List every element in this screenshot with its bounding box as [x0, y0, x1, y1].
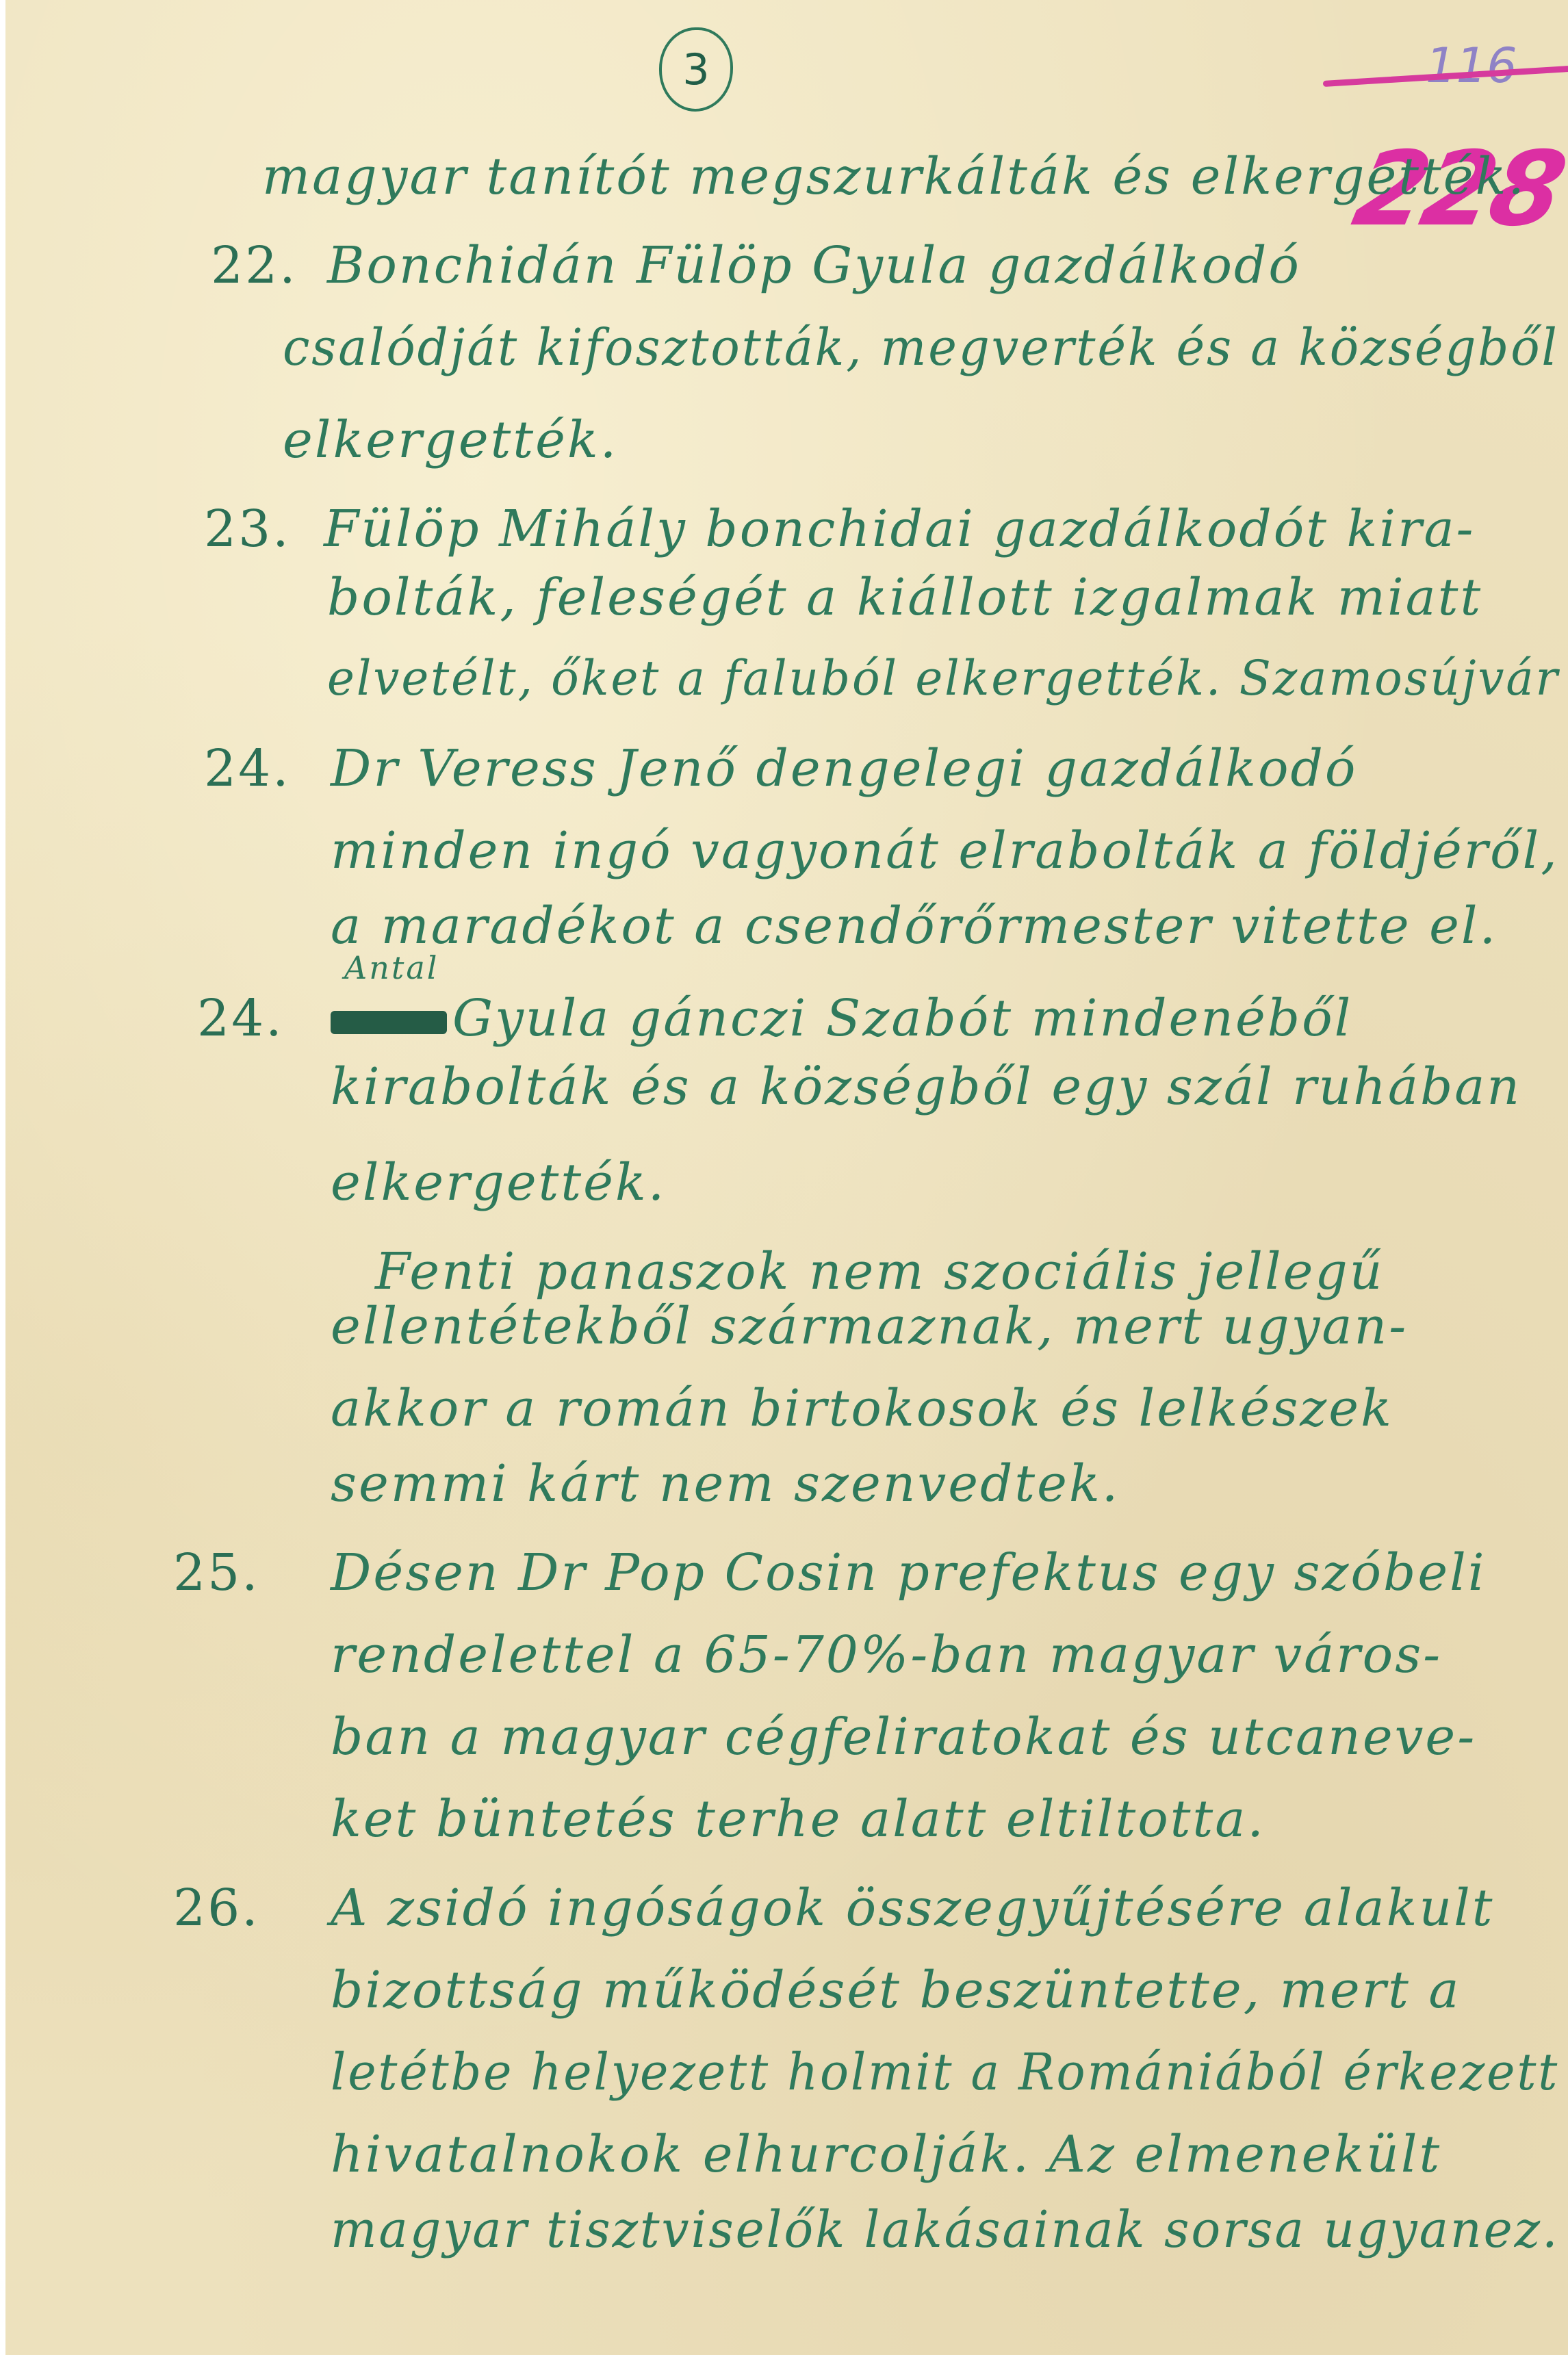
item-25-line-1: Désen Dr Pop Cosin prefektus egy szóbeli [331, 1543, 1487, 1602]
struck-out-word: Antal [331, 989, 452, 1048]
item-24b-line-3: elkergették. [331, 1153, 666, 1212]
item-25-line-2: rendelettel a 65-70%-ban magyar város- [331, 1625, 1442, 1684]
item-24b-line-1: Antal Gyula gánczi Szabót mindenéből [331, 989, 1352, 1048]
ink-strike-blot [331, 1011, 447, 1034]
header-line: magyar tanítót megszurkálták és elkerget… [262, 147, 1526, 206]
item-22-line-3: elkergették. [283, 411, 618, 469]
archive-number-old: 116 [1426, 38, 1517, 94]
item-25-line-4: ket büntetés terhe alatt eltiltotta. [331, 1790, 1265, 1849]
item-23-line-2: bolták, feleségét a kiállott izgalmak mi… [327, 568, 1482, 627]
paragraph-line-1: Fenti panaszok nem szociális jellegű [375, 1242, 1384, 1301]
item-24b-line-2: kirabolták és a községből egy szál ruháb… [331, 1057, 1521, 1116]
item-number-24b: 24. [197, 989, 284, 1048]
item-25-line-3: ban a magyar cégfeliratokat és utcaneve- [331, 1708, 1476, 1766]
item-24b-line-1-text: Gyula gánczi Szabót mindenéből [452, 989, 1352, 1048]
item-26-line-3: letétbe helyezett holmit a Romániából ér… [331, 2043, 1559, 2102]
document-page: 3 116 228 magyar tanítót megszurkálták é… [5, 0, 1568, 2355]
item-26-line-2: bizottság működését beszüntette, mert a [331, 1961, 1461, 2020]
inserted-word: Antal [344, 949, 439, 986]
item-number-25: 25. [173, 1543, 260, 1602]
item-number-26: 26. [173, 1879, 260, 1938]
item-26-line-4: hivatalnokok elhurcolják. Az elmenekült [331, 2125, 1441, 2184]
page-number-circle: 3 [659, 27, 733, 112]
item-24-line-1: Dr Veress Jenő dengelegi gazdálkodó [331, 739, 1357, 798]
paragraph-line-2: ellentétekből származnak, mert ugyan- [331, 1297, 1408, 1356]
item-26-line-5: magyar tisztviselők lakásainak sorsa ugy… [331, 2200, 1560, 2259]
item-number-22: 22. [211, 236, 298, 295]
page-number: 3 [682, 44, 709, 94]
item-23-line-1: Fülöp Mihály bonchidai gazdálkodót kira- [324, 500, 1476, 558]
item-26-line-1: A zsidó ingóságok összegyűjtésére alakul… [331, 1879, 1495, 1938]
item-22-line-2: csalódját kifosztották, megverték és a k… [283, 318, 1559, 377]
paragraph-line-4: semmi kárt nem szenvedtek. [331, 1454, 1120, 1513]
item-23-line-3: elvetélt, őket a faluból elkergették. Sz… [327, 650, 1560, 706]
item-24-line-2: minden ingó vagyonát elrabolták a földjé… [331, 821, 1559, 880]
item-22-line-1: Bonchidán Fülöp Gyula gazdálkodó [327, 236, 1301, 295]
item-number-24: 24. [204, 739, 291, 798]
paragraph-line-3: akkor a román birtokosok és lelkészek [331, 1379, 1393, 1438]
item-24-line-3: a maradékot a csendőrőrmester vitette el… [331, 897, 1498, 955]
item-number-23: 23. [204, 500, 291, 558]
